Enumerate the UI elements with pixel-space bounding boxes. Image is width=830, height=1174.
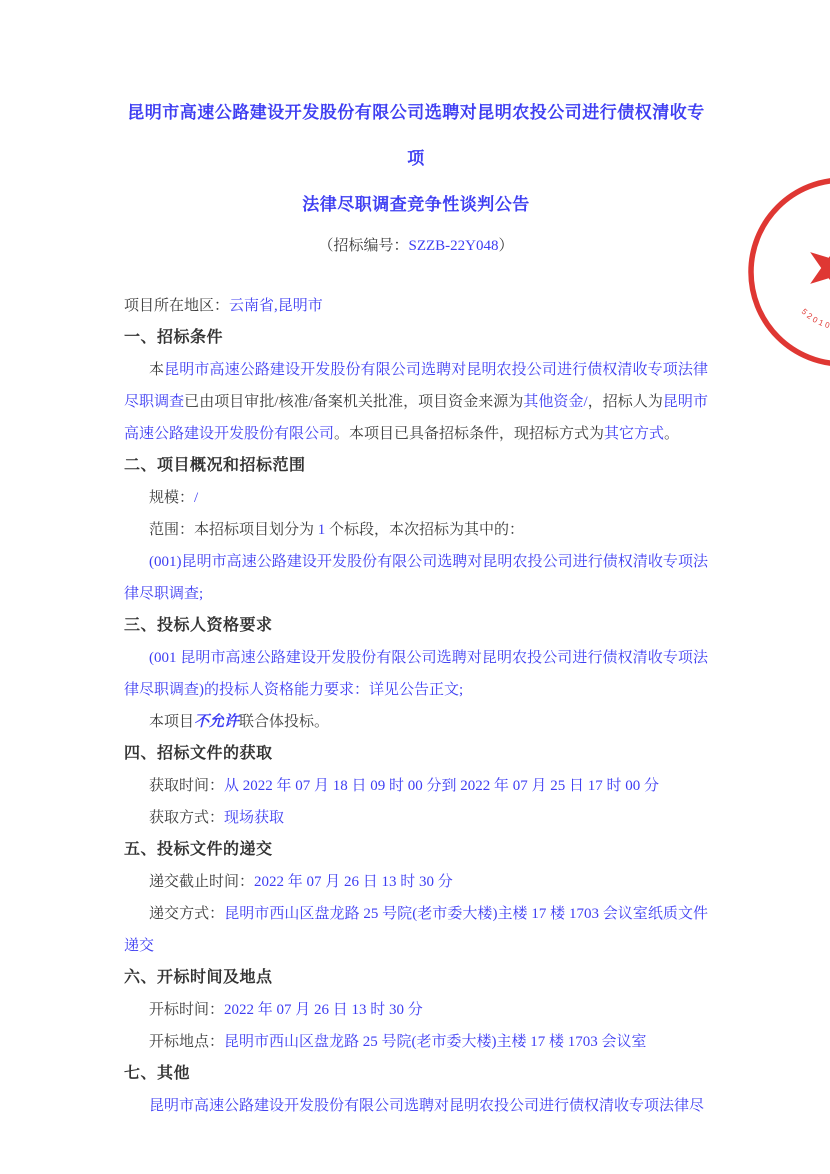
text-segment: 项目所在地区： — [124, 298, 229, 314]
section-heading: 四、招标文件的获取 — [124, 738, 708, 770]
section-heading: 七、其他 — [124, 1058, 708, 1090]
text-segment: 范围：本招标项目划分为 — [149, 522, 318, 538]
text-segment: 。 — [664, 426, 679, 442]
seal-serial-number: 5201000 — [800, 307, 830, 332]
section-heading: 六、开标时间及地点 — [124, 962, 708, 994]
text-segment: 本 — [149, 362, 164, 378]
ref-close: ） — [499, 238, 514, 254]
document-body: 项目所在地区：云南省,昆明市一、招标条件本昆明市高速公路建设开发股份有限公司选聘… — [124, 290, 708, 1122]
doc-line: 规模：/ — [124, 482, 708, 514]
seal-circle — [751, 180, 830, 364]
text-segment: 昆明市西山区盘龙路 25 号院(老市委大楼)主楼 17 楼 1703 会议室 — [224, 1034, 647, 1050]
seal-star — [801, 234, 830, 296]
document-title-line-1: 昆明市高速公路建设开发股份有限公司选聘对昆明农投公司进行债权清收专项 — [124, 90, 708, 182]
svg-text:5201000: 5201000 — [800, 307, 830, 332]
text-segment: 2022 年 07 月 26 日 13 时 30 分 — [224, 1002, 423, 1018]
text-segment: 从 2022 年 07 月 18 日 09 时 00 分到 2022 年 07 … — [224, 778, 659, 794]
text-segment: 现场获取 — [224, 810, 284, 826]
section-heading: 二、项目概况和招标范围 — [124, 450, 708, 482]
doc-line: 本项目不允许联合体投标。 — [124, 706, 708, 738]
text-segment: 规模： — [149, 490, 194, 506]
text-segment: 获取方式： — [149, 810, 224, 826]
doc-line: (001 昆明市高速公路建设开发股份有限公司选聘对昆明农投公司进行债权清收专项法… — [124, 642, 708, 706]
doc-line: 获取方式：现场获取 — [124, 802, 708, 834]
text-segment: 云南省,昆明市 — [229, 298, 323, 314]
text-segment: 昆明市高速公路建设开发股份有限公司选聘对昆明农投公司进行债权清收专项法律尽 — [149, 1098, 704, 1114]
doc-line: 开标时间：2022 年 07 月 26 日 13 时 30 分 — [124, 994, 708, 1026]
text-segment: / — [194, 490, 198, 506]
text-segment: ，招标人为 — [588, 394, 663, 410]
doc-line: 本昆明市高速公路建设开发股份有限公司选聘对昆明农投公司进行债权清收专项法律尽职调… — [124, 354, 708, 450]
section-heading: 一、招标条件 — [124, 322, 708, 354]
doc-line: 昆明市高速公路建设开发股份有限公司选聘对昆明农投公司进行债权清收专项法律尽 — [124, 1090, 708, 1122]
doc-line: 获取时间：从 2022 年 07 月 18 日 09 时 00 分到 2022 … — [124, 770, 708, 802]
doc-line: (001)昆明市高速公路建设开发股份有限公司选聘对昆明农投公司进行债权清收专项法… — [124, 546, 708, 610]
text-segment: (001 昆明市高速公路建设开发股份有限公司选聘对昆明农投公司进行债权清收专项法… — [124, 650, 708, 698]
doc-line: 递交方式：昆明市西山区盘龙路 25 号院(老市委大楼)主楼 17 楼 1703 … — [124, 898, 708, 962]
text-segment: 开标地点： — [149, 1034, 224, 1050]
text-segment: 其它方式 — [604, 426, 664, 442]
text-segment: 其他资金/ — [523, 394, 587, 410]
text-segment: 递交方式： — [149, 906, 224, 922]
section-heading: 五、投标文件的递交 — [124, 834, 708, 866]
doc-line: 递交截止时间：2022 年 07 月 26 日 13 时 30 分 — [124, 866, 708, 898]
document-title: 昆明市高速公路建设开发股份有限公司选聘对昆明农投公司进行债权清收专项 法律尽职调… — [124, 0, 708, 264]
text-segment: (001)昆明市高速公路建设开发股份有限公司选聘对昆明农投公司进行债权清收专项法… — [124, 554, 708, 602]
doc-line: 开标地点：昆明市西山区盘龙路 25 号院(老市委大楼)主楼 17 楼 1703 … — [124, 1026, 708, 1058]
ref-open: （招标编号： — [318, 238, 408, 254]
text-segment: 。本项目已具备招标条件，现招标方式为 — [334, 426, 604, 442]
text-segment: 不允许 — [194, 714, 239, 730]
doc-line: 范围：本招标项目划分为 1 个标段，本次招标为其中的： — [124, 514, 708, 546]
document-content: 昆明市高速公路建设开发股份有限公司选聘对昆明农投公司进行债权清收专项 法律尽职调… — [124, 0, 708, 1122]
document-title-line-2: 法律尽职调查竞争性谈判公告 — [124, 182, 708, 228]
tender-ref-line: （招标编号：SZZB-22Y048） — [124, 228, 708, 264]
section-heading: 三、投标人资格要求 — [124, 610, 708, 642]
tender-number: SZZB-22Y048 — [409, 238, 499, 254]
text-segment: 本项目 — [149, 714, 194, 730]
text-segment: 联合体投标。 — [239, 714, 329, 730]
text-segment: 已由项目审批/核准/备案机关批准，项目资金来源为 — [184, 394, 523, 410]
company-seal-stamp: 云南山重建设工程 5201000 — [740, 168, 830, 378]
text-segment: 开标时间： — [149, 1002, 224, 1018]
document-page: 昆明市高速公路建设开发股份有限公司选聘对昆明农投公司进行债权清收专项 法律尽职调… — [0, 0, 830, 1174]
text-segment: 递交截止时间： — [149, 874, 254, 890]
doc-line: 项目所在地区：云南省,昆明市 — [124, 290, 708, 322]
text-segment: 个标段，本次招标为其中的： — [325, 522, 524, 538]
text-segment: 2022 年 07 月 26 日 13 时 30 分 — [254, 874, 453, 890]
text-segment: 获取时间： — [149, 778, 224, 794]
